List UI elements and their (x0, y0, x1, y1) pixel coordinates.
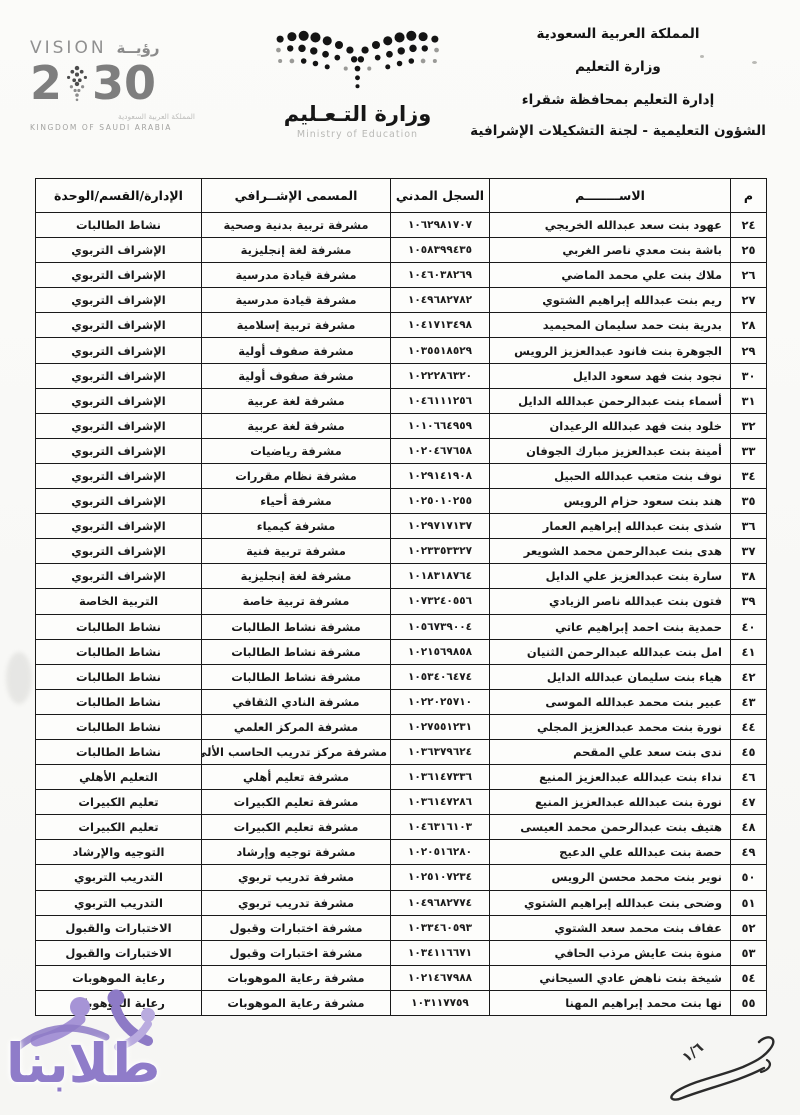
table-header: م الاســــــــم السجل المدني المسمى الإش… (36, 179, 767, 213)
cell-name: عهود بنت سعد عبدالله الخريجي (490, 213, 731, 238)
vision-logo-topline: VISION رؤيــة (30, 38, 195, 58)
cell-name: عبير بنت محمد عبدالله الموسى (490, 689, 731, 714)
table-row: ٤٢هياء بنت سليمان عبدالله الدايل١٠٥٣٤٠٦٤… (36, 664, 767, 689)
cell-civil_id: ١٠٧٣٢٤٠٥٥٦ (391, 589, 490, 614)
cell-name: هدى بنت عبدالرحمن محمد الشويعر (490, 539, 731, 564)
cell-name: أمينة بنت عبدالعزيز مبارك الجوفان (490, 438, 731, 463)
cell-name: نوف بنت متعب عبدالله الحبيل (490, 463, 731, 488)
table-row: ٥١وضحى بنت عبدالله إبراهيم الشتوي١٠٤٩٦٨٢… (36, 890, 767, 915)
saudi-palm-emblem-icon (63, 62, 91, 104)
scan-speck (700, 55, 704, 58)
cell-department: الإشراف التربوي (36, 514, 202, 539)
cell-title: مشرفة أحياء (202, 489, 391, 514)
cell-num: ٢٤ (731, 213, 767, 238)
cell-department: الإشراف التربوي (36, 413, 202, 438)
cell-name: فتون بنت عبدالله ناصر الزيادي (490, 589, 731, 614)
cell-name: نورة بنت عبدالله عبدالعزيز المنيع (490, 790, 731, 815)
header-cell-department: الإدارة/القسم/الوحدة (36, 179, 202, 213)
cell-civil_id: ١٠٢٩٧١٧١٣٧ (391, 514, 490, 539)
cell-name: ملاك بنت علي محمد الماضي (490, 263, 731, 288)
table-row: ٤٥ندى بنت سعد علي المقحم١٠٣٦٣٧٩٦٢٤مشرفة … (36, 739, 767, 764)
header-cell-title: المسمى الإشــرافي (202, 179, 391, 213)
cell-department: الإشراف التربوي (36, 263, 202, 288)
cell-name: سارة بنت عبدالعزيز علي الدايل (490, 564, 731, 589)
moe-dots-emblem-icon (265, 24, 450, 98)
cell-title: مشرفة رياضيات (202, 438, 391, 463)
cell-department: الإشراف التربوي (36, 438, 202, 463)
cell-civil_id: ١٠٤٦٠٣٨٢٦٩ (391, 263, 490, 288)
table-row: ٣١أسماء بنت عبدالرحمن عبدالله الدايل١٠٤٦… (36, 388, 767, 413)
cell-civil_id: ١٠٦٢٩٨١٧٠٧ (391, 213, 490, 238)
cell-title: مشرفة توجيه وإرشاد (202, 840, 391, 865)
cell-department: الإشراف التربوي (36, 489, 202, 514)
cell-num: ٢٥ (731, 238, 767, 263)
cell-civil_id: ١٠٢٣٣٥٣٣٢٧ (391, 539, 490, 564)
cell-civil_id: ١٠٥٨٣٩٩٤٣٥ (391, 238, 490, 263)
table-row: ٥٥نها بنت محمد إبراهيم المهنا١٠٣١١٧٧٥٩مش… (36, 990, 767, 1015)
cell-department: تعليم الكبيرات (36, 815, 202, 840)
cell-name: نها بنت محمد إبراهيم المهنا (490, 990, 731, 1015)
cell-civil_id: ١٠٢١٥٦٩٨٥٨ (391, 639, 490, 664)
cell-title: مشرفة نشاط الطالبات (202, 639, 391, 664)
cell-department: نشاط الطالبات (36, 739, 202, 764)
cell-name: شذى بنت عبدالله إبراهيم العمار (490, 514, 731, 539)
scanned-document-page: المملكة العربية السعودية وزارة التعليم إ… (0, 0, 800, 1115)
cell-title: مشرفة لغة عربية (202, 413, 391, 438)
cell-name: نوير بنت محمد محسن الرويس (490, 865, 731, 890)
table-row: ٢٧ريم بنت عبدالله إبراهيم الشتوي١٠٤٩٦٨٢٧… (36, 288, 767, 313)
cell-title: مشرفة لغة إنجليزية (202, 564, 391, 589)
cell-name: شيخة بنت ناهض عادي السيحاني (490, 965, 731, 990)
cell-name: حصة بنت عبدالله علي الدعيج (490, 840, 731, 865)
cell-num: ٣٩ (731, 589, 767, 614)
cell-name: نورة بنت محمد عبدالعزيز المجلي (490, 714, 731, 739)
cell-title: مشرفة نظام مقررات (202, 463, 391, 488)
cell-name: هتيف بنت عبدالرحمن محمد العيسى (490, 815, 731, 840)
cell-civil_id: ١٠٣٤١١٦٦٧١ (391, 940, 490, 965)
cell-department: نشاط الطالبات (36, 689, 202, 714)
header-line-committee: الشؤون التعليمية - لجنة التشكيلات الإشرا… (458, 123, 778, 139)
cell-name: الجوهرة بنت فانود عبدالعزيز الرويس (490, 338, 731, 363)
cell-department: نشاط الطالبات (36, 614, 202, 639)
cell-num: ٤٨ (731, 815, 767, 840)
cell-department: الإشراف التربوي (36, 338, 202, 363)
cell-num: ٢٩ (731, 338, 767, 363)
cell-title: مشرفة مركز تدريب الحاسب الألي (202, 739, 391, 764)
cell-civil_id: ١٠١٨٣١٨٧٦٤ (391, 564, 490, 589)
cell-department: تعليم الكبيرات (36, 790, 202, 815)
table-header-row: م الاســــــــم السجل المدني المسمى الإش… (36, 179, 767, 213)
cell-title: مشرفة النادي الثقافي (202, 689, 391, 714)
cell-civil_id: ١٠٢٥٠١٠٢٥٥ (391, 489, 490, 514)
cell-civil_id: ١٠٥٣٤٠٦٤٧٤ (391, 664, 490, 689)
cell-title: مشرفة رعاية الموهوبات (202, 990, 391, 1015)
cell-civil_id: ١٠٣٦٣٧٩٦٢٤ (391, 739, 490, 764)
table-row: ٢٦ملاك بنت علي محمد الماضي١٠٤٦٠٣٨٢٦٩مشرف… (36, 263, 767, 288)
cell-title: مشرفة صفوف أولية (202, 338, 391, 363)
cell-name: هند بنت سعود حزام الرويس (490, 489, 731, 514)
cell-num: ٤٢ (731, 664, 767, 689)
table-row: ٣٢خلود بنت فهد عبدالله الرعيدان١٠١٠٦٦٤٩٥… (36, 413, 767, 438)
cell-department: الإشراف التربوي (36, 363, 202, 388)
cell-department: الاختبارات والقبول (36, 940, 202, 965)
cell-civil_id: ١٠٣٣٤٦٠٥٩٣ (391, 915, 490, 940)
table-row: ٣٧هدى بنت عبدالرحمن محمد الشويعر١٠٢٣٣٥٣٣… (36, 539, 767, 564)
cell-name: منوة بنت عايش مرذب الحافي (490, 940, 731, 965)
cell-num: ٥٥ (731, 990, 767, 1015)
cell-department: التربية الخاصة (36, 589, 202, 614)
cell-title: مشرفة المركز العلمي (202, 714, 391, 739)
table-row: ٣٣أمينة بنت عبدالعزيز مبارك الجوفان١٠٢٠٤… (36, 438, 767, 463)
cell-civil_id: ١٠٤١٧١٣٤٩٨ (391, 313, 490, 338)
cell-title: مشرفة رعاية الموهوبات (202, 965, 391, 990)
cell-num: ٣٠ (731, 363, 767, 388)
table-row: ٤١امل بنت عبدالله عبدالرحمن الثنيان١٠٢١٥… (36, 639, 767, 664)
cell-title: مشرفة لغة عربية (202, 388, 391, 413)
signature-scribble-icon: ١/٦ (655, 1030, 795, 1115)
cell-department: رعاية الموهوبات (36, 990, 202, 1015)
cell-department: نشاط الطالبات (36, 664, 202, 689)
header-line-kingdom: المملكة العربية السعودية (458, 26, 778, 42)
cell-num: ٥٤ (731, 965, 767, 990)
header-line-ministry: وزارة التعليم (458, 59, 778, 75)
cell-num: ٤٤ (731, 714, 767, 739)
table-row: ٤٩حصة بنت عبدالله علي الدعيج١٠٢٠٥١٦٢٨٠مش… (36, 840, 767, 865)
cell-name: خلود بنت فهد عبدالله الرعيدان (490, 413, 731, 438)
cell-num: ٣٨ (731, 564, 767, 589)
moe-wordmark: وزارة التـعـليم (250, 102, 465, 126)
cell-department: الإشراف التربوي (36, 238, 202, 263)
cell-title: مشرفة تربية بدنية وصحية (202, 213, 391, 238)
cell-civil_id: ١٠٤٦١١١٢٥٦ (391, 388, 490, 413)
cell-num: ٢٧ (731, 288, 767, 313)
cell-num: ٤٥ (731, 739, 767, 764)
cell-num: ٣٦ (731, 514, 767, 539)
cell-title: مشرفة تعليم الكبيرات (202, 790, 391, 815)
cell-civil_id: ١٠٢١٤٦٧٩٨٨ (391, 965, 490, 990)
supervisors-roster-table: م الاســــــــم السجل المدني المسمى الإش… (35, 178, 767, 1016)
vision-2030-year: 2 30 (30, 60, 195, 106)
cell-name: ريم بنت عبدالله إبراهيم الشتوي (490, 288, 731, 313)
cell-title: مشرفة صفوف أولية (202, 363, 391, 388)
cell-civil_id: ١٠٣١١٧٧٥٩ (391, 990, 490, 1015)
vision-kingdom-ar: المملكة العربية السعودية (30, 112, 195, 121)
vision-kingdom-en: KINGDOM OF SAUDI ARABIA (30, 123, 195, 132)
cell-title: مشرفة قيادة مدرسية (202, 263, 391, 288)
cell-civil_id: ١٠٤٩٦٨٢٧٧٤ (391, 890, 490, 915)
cell-num: ٥٣ (731, 940, 767, 965)
table-row: ٥٢عفاف بنت محمد سعد الشتوي١٠٣٣٤٦٠٥٩٣مشرف… (36, 915, 767, 940)
cell-num: ٤٧ (731, 790, 767, 815)
header-text-block: المملكة العربية السعودية وزارة التعليم إ… (458, 26, 778, 156)
cell-title: مشرفة اختبارات وقبول (202, 940, 391, 965)
cell-title: مشرفة قيادة مدرسية (202, 288, 391, 313)
cell-civil_id: ١٠٢٩١٤١٩٠٨ (391, 463, 490, 488)
cell-title: مشرفة تدريب تربوي (202, 865, 391, 890)
cell-name: حمدية بنت احمد إبراهيم عاتي (490, 614, 731, 639)
cell-name: امل بنت عبدالله عبدالرحمن الثنيان (490, 639, 731, 664)
table-row: ٥٤شيخة بنت ناهض عادي السيحاني١٠٢١٤٦٧٩٨٨م… (36, 965, 767, 990)
cell-civil_id: ١٠٢٢٠٢٥٧١٠ (391, 689, 490, 714)
cell-num: ٢٦ (731, 263, 767, 288)
header-cell-civil-id: السجل المدني (391, 179, 490, 213)
cell-name: ندى بنت سعد علي المقحم (490, 739, 731, 764)
cell-department: نشاط الطالبات (36, 213, 202, 238)
cell-civil_id: ١٠٢٢٢٨٦٣٢٠ (391, 363, 490, 388)
cell-title: مشرفة تعليم أهلي (202, 765, 391, 790)
scan-speck (752, 61, 757, 64)
table-row: ٣٩فتون بنت عبدالله ناصر الزيادي١٠٧٣٢٤٠٥٥… (36, 589, 767, 614)
table-row: ٥٣منوة بنت عايش مرذب الحافي١٠٣٤١١٦٦٧١مشر… (36, 940, 767, 965)
table-row: ٣٦شذى بنت عبدالله إبراهيم العمار١٠٢٩٧١٧١… (36, 514, 767, 539)
cell-num: ٤٦ (731, 765, 767, 790)
signature-note: ١/٦ (679, 1039, 707, 1066)
scan-smudge (6, 652, 32, 704)
cell-title: مشرفة كيمياء (202, 514, 391, 539)
vision-ar-label: رؤيــة (117, 39, 160, 57)
cell-civil_id: ١٠٤٩٦٨٢٧٨٢ (391, 288, 490, 313)
table-row: ٢٩الجوهرة بنت فانود عبدالعزيز الرويس١٠٣٥… (36, 338, 767, 363)
cell-department: الإشراف التربوي (36, 288, 202, 313)
moe-wordmark-en: Ministry of Education (250, 129, 465, 140)
cell-num: ٥١ (731, 890, 767, 915)
ministry-of-education-logo: وزارة التـعـليم Ministry of Education (250, 24, 465, 140)
cell-department: رعاية الموهوبات (36, 965, 202, 990)
cell-name: وضحى بنت عبدالله إبراهيم الشتوي (490, 890, 731, 915)
table-row: ٤٦نداء بنت عبدالله عبدالعزيز المنيع١٠٣٦١… (36, 765, 767, 790)
cell-department: الإشراف التربوي (36, 463, 202, 488)
cell-title: مشرفة نشاط الطالبات (202, 664, 391, 689)
cell-title: مشرفة لغة إنجليزية (202, 238, 391, 263)
cell-department: الاختبارات والقبول (36, 915, 202, 940)
table-row: ٣٥هند بنت سعود حزام الرويس١٠٢٥٠١٠٢٥٥مشرف… (36, 489, 767, 514)
cell-department: الإشراف التربوي (36, 388, 202, 413)
cell-department: الإشراف التربوي (36, 564, 202, 589)
table-row: ٢٤عهود بنت سعد عبدالله الخريجي١٠٦٢٩٨١٧٠٧… (36, 213, 767, 238)
vision-digit-2: 2 (30, 60, 62, 106)
cell-num: ٤٣ (731, 689, 767, 714)
cell-title: مشرفة نشاط الطالبات (202, 614, 391, 639)
cell-num: ٣٤ (731, 463, 767, 488)
cell-title: مشرفة اختبارات وقبول (202, 915, 391, 940)
cell-num: ٣١ (731, 388, 767, 413)
header-line-directorate: إدارة التعليم بمحافظة شقراء (458, 92, 778, 108)
cell-department: التوجيه والإرشاد (36, 840, 202, 865)
talabna-watermark-text: طلابنا (6, 1037, 160, 1091)
cell-civil_id: ١٠٢٧٥٥١٢٣١ (391, 714, 490, 739)
roster-table-body: ٢٤عهود بنت سعد عبدالله الخريجي١٠٦٢٩٨١٧٠٧… (36, 213, 767, 1016)
vision-2030-logo: VISION رؤيــة 2 30 المملكة العربية السعو… (30, 38, 195, 132)
table-row: ٥٠نوير بنت محمد محسن الرويس١٠٢٥١٠٧٢٣٤مشر… (36, 865, 767, 890)
cell-department: نشاط الطالبات (36, 714, 202, 739)
cell-department: التدريب التربوي (36, 865, 202, 890)
cell-title: مشرفة تربية إسلامية (202, 313, 391, 338)
cell-num: ٥٢ (731, 915, 767, 940)
cell-num: ٤٩ (731, 840, 767, 865)
vision-en-label: VISION (30, 38, 107, 58)
table-row: ٢٨بدرية بنت حمد سليمان المحيميد١٠٤١٧١٣٤٩… (36, 313, 767, 338)
cell-title: مشرفة تدريب تربوي (202, 890, 391, 915)
cell-name: باشة بنت معدي ناصر الغربي (490, 238, 731, 263)
cell-num: ٣٢ (731, 413, 767, 438)
cell-department: التدريب التربوي (36, 890, 202, 915)
cell-title: مشرفة تربية فنية (202, 539, 391, 564)
cell-num: ٤٠ (731, 614, 767, 639)
cell-num: ٣٥ (731, 489, 767, 514)
cell-department: نشاط الطالبات (36, 639, 202, 664)
table-row: ٢٥باشة بنت معدي ناصر الغربي١٠٥٨٣٩٩٤٣٥مشر… (36, 238, 767, 263)
table-row: ٣٨سارة بنت عبدالعزيز علي الدايل١٠١٨٣١٨٧٦… (36, 564, 767, 589)
header-cell-num: م (731, 179, 767, 213)
cell-department: التعليم الأهلي (36, 765, 202, 790)
table-row: ٤٨هتيف بنت عبدالرحمن محمد العيسى١٠٤٦٣١٦١… (36, 815, 767, 840)
cell-civil_id: ١٠٣٦١٤٧٢٨٦ (391, 790, 490, 815)
table-row: ٣٤نوف بنت متعب عبدالله الحبيل١٠٢٩١٤١٩٠٨م… (36, 463, 767, 488)
table-row: ٤٣عبير بنت محمد عبدالله الموسى١٠٢٢٠٢٥٧١٠… (36, 689, 767, 714)
cell-civil_id: ١٠٢٠٥١٦٢٨٠ (391, 840, 490, 865)
cell-civil_id: ١٠٢٠٤٦٧٦٥٨ (391, 438, 490, 463)
cell-name: نداء بنت عبدالله عبدالعزيز المنيع (490, 765, 731, 790)
cell-num: ٥٠ (731, 865, 767, 890)
table-row: ٤٠حمدية بنت احمد إبراهيم عاتي١٠٥٦٧٣٩٠٠٤م… (36, 614, 767, 639)
cell-name: نجود بنت فهد سعود الدايل (490, 363, 731, 388)
cell-civil_id: ١٠٢٥١٠٧٢٣٤ (391, 865, 490, 890)
table-row: ٣٠نجود بنت فهد سعود الدايل١٠٢٢٢٨٦٣٢٠مشرف… (36, 363, 767, 388)
cell-name: بدرية بنت حمد سليمان المحيميد (490, 313, 731, 338)
cell-name: هياء بنت سليمان عبدالله الدايل (490, 664, 731, 689)
cell-civil_id: ١٠١٠٦٦٤٩٥٩ (391, 413, 490, 438)
cell-title: مشرفة تعليم الكبيرات (202, 815, 391, 840)
cell-name: أسماء بنت عبدالرحمن عبدالله الدايل (490, 388, 731, 413)
cell-title: مشرفة تربية خاصة (202, 589, 391, 614)
cell-name: عفاف بنت محمد سعد الشتوي (490, 915, 731, 940)
cell-civil_id: ١٠٤٦٣١٦١٠٣ (391, 815, 490, 840)
cell-num: ٣٣ (731, 438, 767, 463)
cell-department: الإشراف التربوي (36, 313, 202, 338)
cell-civil_id: ١٠٣٥٥١٨٥٢٩ (391, 338, 490, 363)
cell-civil_id: ١٠٣٦١٤٧٣٣٦ (391, 765, 490, 790)
vision-digit-30: 30 (92, 60, 156, 106)
table-row: ٤٧نورة بنت عبدالله عبدالعزيز المنيع١٠٣٦١… (36, 790, 767, 815)
header-cell-name: الاســــــــم (490, 179, 731, 213)
cell-department: الإشراف التربوي (36, 539, 202, 564)
cell-num: ٣٧ (731, 539, 767, 564)
cell-num: ٤١ (731, 639, 767, 664)
cell-num: ٢٨ (731, 313, 767, 338)
handwritten-signature: ١/٦ (655, 1030, 795, 1115)
table-row: ٤٤نورة بنت محمد عبدالعزيز المجلي١٠٢٧٥٥١٢… (36, 714, 767, 739)
cell-civil_id: ١٠٥٦٧٣٩٠٠٤ (391, 614, 490, 639)
